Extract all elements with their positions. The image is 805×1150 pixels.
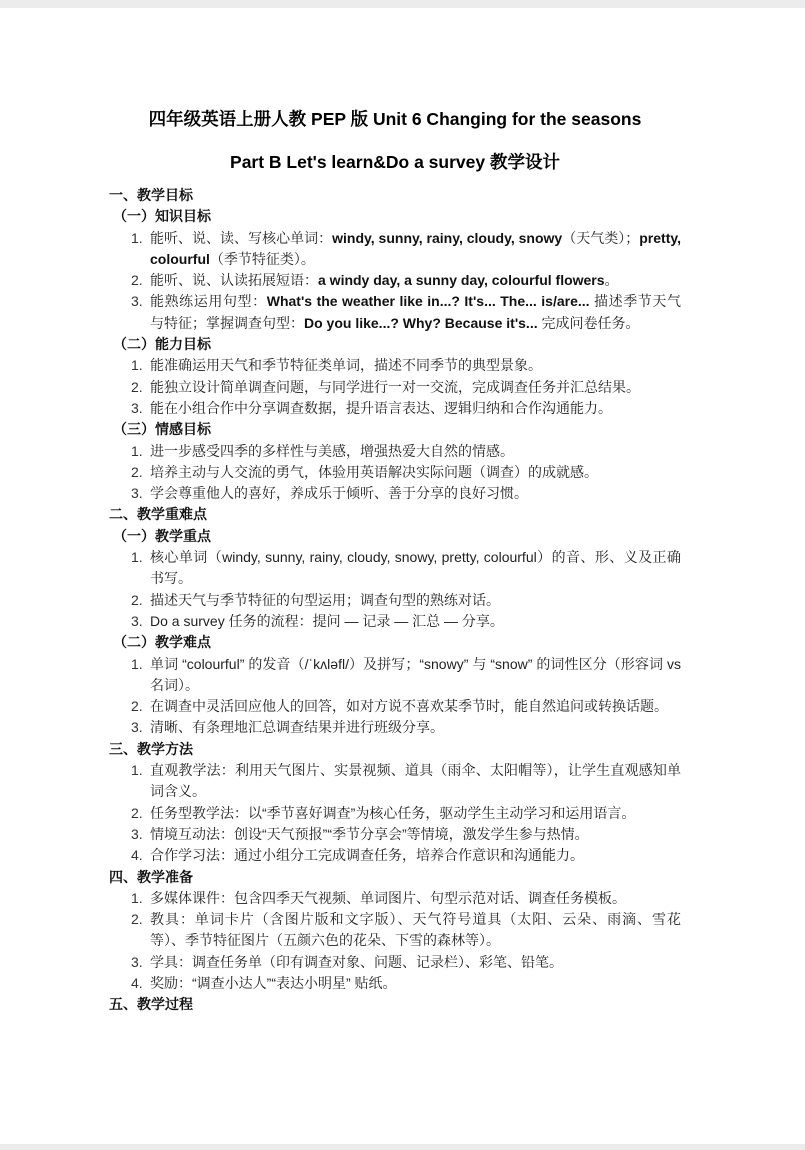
item-text: 描述天气与季节特征的句型运用；调查句型的熟练对话。 [150, 590, 681, 611]
item-number: 3. [131, 611, 150, 632]
item-number: 2. [131, 909, 150, 952]
item-text: 单词 “colourful” 的发音（/ˈkʌləfl/）及拼写；“snowy”… [150, 654, 681, 697]
item-number: 1. [131, 760, 150, 803]
list-item: 3. 能熟练运用句型：What's the weather like in...… [109, 291, 681, 334]
text-segment: （季节特征类）。 [210, 251, 315, 267]
item-text: 能准确运用天气和季节特征类单词，描述不同季节的典型景象。 [150, 355, 681, 376]
item-text: 能熟练运用句型：What's the weather like in...? I… [150, 291, 681, 334]
section-heading-methods: 三、教学方法 [109, 739, 681, 760]
text-segment: 完成问卷任务。 [538, 315, 640, 331]
list-item: 2. 能听、说、认读拓展短语：a windy day, a sunny day,… [109, 270, 681, 291]
list-item: 3. 学具：调查任务单（印有调查对象、问题、记录栏）、彩笔、铅笔。 [109, 952, 681, 973]
item-text: 核心单词（windy, sunny, rainy, cloudy, snowy,… [150, 547, 681, 590]
item-number: 3. [131, 952, 150, 973]
document-page: 四年级英语上册人教 PEP 版 Unit 6 Changing for the … [0, 8, 805, 1144]
item-text: 进一步感受四季的多样性与美感，增强热爱大自然的情感。 [150, 441, 681, 462]
list-item: 1. 进一步感受四季的多样性与美感，增强热爱大自然的情感。 [109, 441, 681, 462]
item-text: 任务型教学法：以“季节喜好调查”为核心任务，驱动学生主动学习和运用语言。 [150, 803, 681, 824]
list-item: 1. 直观教学法：利用天气图片、实景视频、道具（雨伞、太阳帽等），让学生直观感知… [109, 760, 681, 803]
section-heading-key-points: 二、教学重难点 [109, 504, 681, 525]
list-item: 3. Do a survey 任务的流程：提问 — 记录 — 汇总 — 分享。 [109, 611, 681, 632]
item-text: 清晰、有条理地汇总调查结果并进行班级分享。 [150, 717, 681, 738]
section-heading-process: 五、教学过程 [109, 994, 681, 1015]
item-text: Do a survey 任务的流程：提问 — 记录 — 汇总 — 分享。 [150, 611, 681, 632]
item-number: 3. [131, 483, 150, 504]
text-segment: （天气类）； [562, 230, 639, 246]
item-number: 4. [131, 845, 150, 866]
list-item: 3. 情境互动法：创设“天气预报”“季节分享会”等情境，激发学生参与热情。 [109, 824, 681, 845]
item-number: 3. [131, 291, 150, 334]
text-segment: 。 [605, 272, 619, 288]
list-item: 3. 能在小组合作中分享调查数据，提升语言表达、逻辑归纳和合作沟通能力。 [109, 398, 681, 419]
subsection-heading-knowledge: （一）知识目标 [109, 206, 681, 227]
list-item: 4. 合作学习法：通过小组分工完成调查任务，培养合作意识和沟通能力。 [109, 845, 681, 866]
item-number: 2. [131, 377, 150, 398]
subsection-heading-emotion: （三）情感目标 [109, 419, 681, 440]
subsection-heading-ability: （二）能力目标 [109, 334, 681, 355]
item-text: 在调查中灵活回应他人的回答，如对方说不喜欢某季节时，能自然追问或转换话题。 [150, 696, 681, 717]
item-number: 1. [131, 888, 150, 909]
item-text: 能在小组合作中分享调查数据，提升语言表达、逻辑归纳和合作沟通能力。 [150, 398, 681, 419]
item-number: 2. [131, 270, 150, 291]
item-text: 能听、说、认读拓展短语：a windy day, a sunny day, co… [150, 270, 681, 291]
item-number: 3. [131, 824, 150, 845]
list-item: 1. 单词 “colourful” 的发音（/ˈkʌləfl/）及拼写；“sno… [109, 654, 681, 697]
list-item: 2. 在调查中灵活回应他人的回答，如对方说不喜欢某季节时，能自然追问或转换话题。 [109, 696, 681, 717]
item-text: 奖励：“调查小达人”“表达小明星” 贴纸。 [150, 973, 681, 994]
list-item: 1. 能听、说、读、写核心单词：windy, sunny, rainy, clo… [109, 228, 681, 271]
list-item: 3. 学会尊重他人的喜好，养成乐于倾听、善于分享的良好习惯。 [109, 483, 681, 504]
item-number: 1. [131, 228, 150, 271]
list-item: 2. 能独立设计简单调查问题，与同学进行一对一交流，完成调查任务并汇总结果。 [109, 377, 681, 398]
list-item: 4. 奖励：“调查小达人”“表达小明星” 贴纸。 [109, 973, 681, 994]
list-item: 3. 清晰、有条理地汇总调查结果并进行班级分享。 [109, 717, 681, 738]
section-heading-preparation: 四、教学准备 [109, 867, 681, 888]
list-item: 1. 多媒体课件：包含四季天气视频、单词图片、句型示范对话、调查任务模板。 [109, 888, 681, 909]
item-text: 多媒体课件：包含四季天气视频、单词图片、句型示范对话、调查任务模板。 [150, 888, 681, 909]
text-segment: 能听、说、认读拓展短语： [150, 272, 318, 288]
list-item: 2. 任务型教学法：以“季节喜好调查”为核心任务，驱动学生主动学习和运用语言。 [109, 803, 681, 824]
item-number: 4. [131, 973, 150, 994]
item-number: 1. [131, 654, 150, 697]
list-item: 2. 教具：单词卡片（含图片版和文字版）、天气符号道具（太阳、云朵、雨滴、雪花等… [109, 909, 681, 952]
item-number: 1. [131, 547, 150, 590]
subsection-heading-difficulty: （二）教学难点 [109, 632, 681, 653]
item-number: 2. [131, 696, 150, 717]
item-text: 能独立设计简单调查问题，与同学进行一对一交流，完成调查任务并汇总结果。 [150, 377, 681, 398]
bold-text-segment: What's the weather like in...? It's... T… [267, 293, 590, 309]
subsection-heading-focus: （一）教学重点 [109, 526, 681, 547]
item-number: 3. [131, 398, 150, 419]
document-body: 一、教学目标 （一）知识目标 1. 能听、说、读、写核心单词：windy, su… [109, 185, 681, 1016]
item-number: 3. [131, 717, 150, 738]
item-text: 培养主动与人交流的勇气，体验用英语解决实际问题（调查）的成就感。 [150, 462, 681, 483]
item-text: 能听、说、读、写核心单词：windy, sunny, rainy, cloudy… [150, 228, 681, 271]
item-text: 学具：调查任务单（印有调查对象、问题、记录栏）、彩笔、铅笔。 [150, 952, 681, 973]
list-item: 1. 能准确运用天气和季节特征类单词，描述不同季节的典型景象。 [109, 355, 681, 376]
item-number: 1. [131, 355, 150, 376]
section-heading-goals: 一、教学目标 [109, 185, 681, 206]
item-number: 1. [131, 441, 150, 462]
item-text: 教具：单词卡片（含图片版和文字版）、天气符号道具（太阳、云朵、雨滴、雪花等）、季… [150, 909, 681, 952]
item-text: 情境互动法：创设“天气预报”“季节分享会”等情境，激发学生参与热情。 [150, 824, 681, 845]
item-text: 合作学习法：通过小组分工完成调查任务，培养合作意识和沟通能力。 [150, 845, 681, 866]
list-item: 1. 核心单词（windy, sunny, rainy, cloudy, sno… [109, 547, 681, 590]
bold-text-segment: a windy day, a sunny day, colourful flow… [318, 272, 605, 288]
item-text: 直观教学法：利用天气图片、实景视频、道具（雨伞、太阳帽等），让学生直观感知单词含… [150, 760, 681, 803]
doc-subtitle: Part B Let's learn&Do a survey 教学设计 [109, 151, 681, 173]
item-text: 学会尊重他人的喜好，养成乐于倾听、善于分享的良好习惯。 [150, 483, 681, 504]
bold-text-segment: windy, sunny, rainy, cloudy, snowy [332, 230, 562, 246]
doc-title: 四年级英语上册人教 PEP 版 Unit 6 Changing for the … [109, 108, 681, 130]
list-item: 2. 描述天气与季节特征的句型运用；调查句型的熟练对话。 [109, 590, 681, 611]
text-segment: 能熟练运用句型： [150, 293, 267, 309]
bold-text-segment: Do you like...? Why? Because it's... [304, 315, 538, 331]
item-number: 2. [131, 462, 150, 483]
item-number: 2. [131, 590, 150, 611]
text-segment: 能听、说、读、写核心单词： [150, 230, 332, 246]
item-number: 2. [131, 803, 150, 824]
list-item: 2. 培养主动与人交流的勇气，体验用英语解决实际问题（调查）的成就感。 [109, 462, 681, 483]
